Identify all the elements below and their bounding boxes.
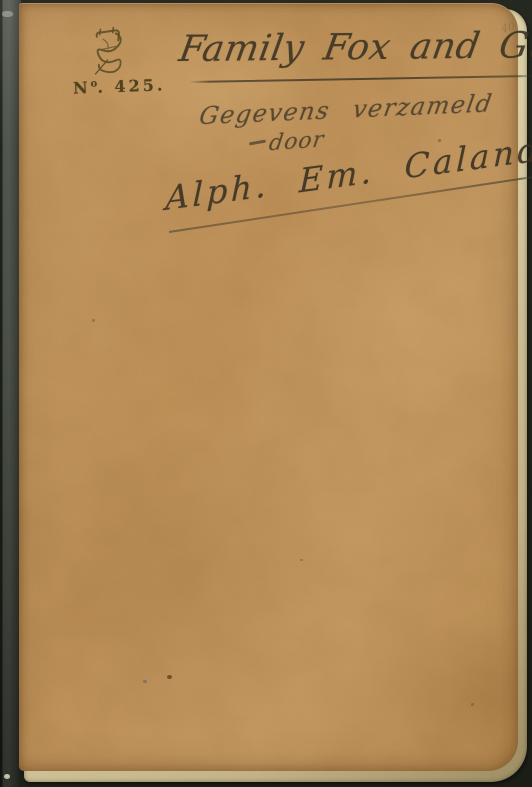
ink-speck [167,675,172,679]
cloth-spine [0,0,21,787]
handwritten-collected-by-line2: door [267,127,326,156]
notebook-cover-photo: No. 425. Family Fox and Guion Gegevens v… [0,0,532,787]
handwritten-collected-by-line1: Gegevens verzameld [197,89,495,130]
ink-speck [143,680,147,683]
catalog-number-label: No. 425. [73,75,166,97]
paper-speck [92,319,95,322]
paper-speck [300,559,303,561]
catalog-number-rest: . 425. [97,75,166,96]
paper-speck [471,703,474,706]
title-underline-stroke [189,75,532,83]
spine-scuff-speck [2,11,13,17]
monogram-stamp-icon [85,26,130,79]
paper-cover: No. 425. Family Fox and Guion Gegevens v… [19,3,518,771]
handwritten-title: Family Fox and Guion [176,24,532,70]
pen-dash-stroke [249,140,266,146]
catalog-number-n: N [73,78,91,98]
